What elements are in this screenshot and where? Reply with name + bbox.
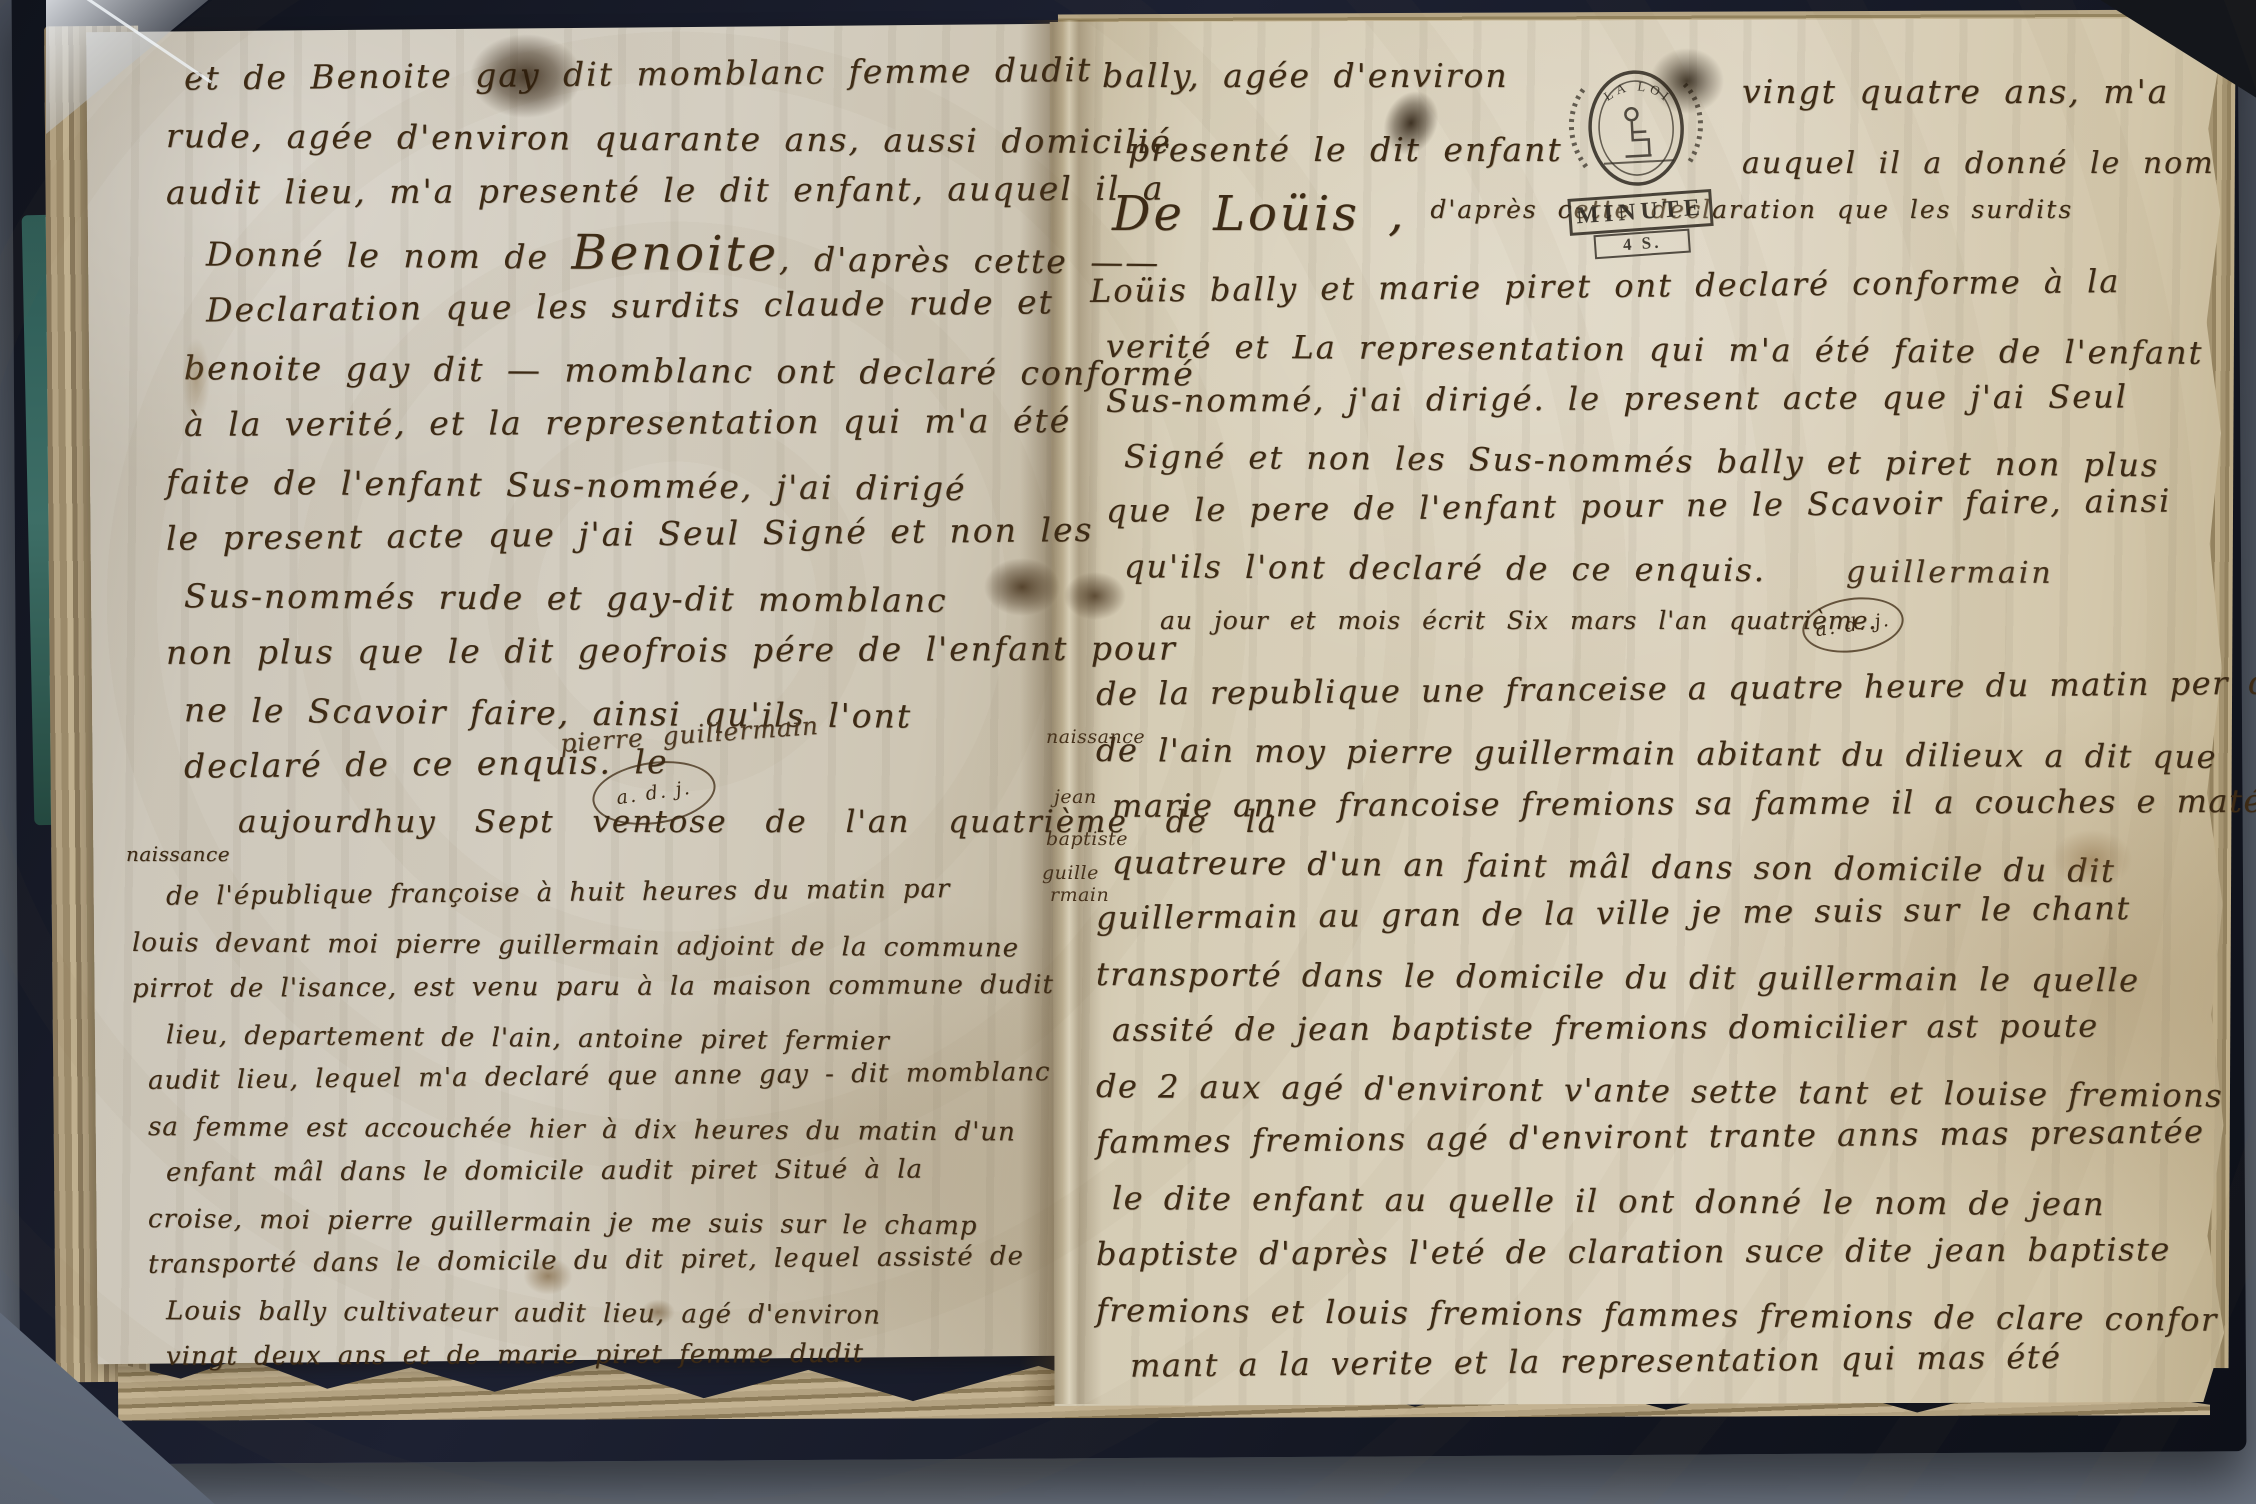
left-page-lower-text: de l'épublique françoise à huit heures d… [132, 874, 1054, 1380]
manuscript-line: enfant mâl dans le domicile audit piret … [132, 1146, 1054, 1196]
manuscript-line: bally, agée d'environ [1102, 56, 1509, 95]
manuscript-line: à la verité, et la representation qui m'… [150, 391, 1195, 453]
right-page-main-text: Loüis bally et marie piret ont declaré c… [1090, 264, 2203, 595]
manuscript-line: et de Benoite gay dit momblanc femme dud… [150, 40, 1195, 107]
left-margin-note: naissance [126, 842, 230, 866]
minute-fiscal-stamp: LA LOI MINUTE 4 S. [1551, 60, 1725, 268]
manuscript-line: de la republique une franceise a quatre … [1096, 654, 2256, 722]
manuscript-line: audit lieu, m'a presenté le dit enfant, … [150, 159, 1195, 221]
manuscript-line: Sus-nommé, j'ai dirigé. le present acte … [1090, 369, 2204, 429]
right-margin-note: jean [1054, 786, 1097, 808]
manuscript-line: assité de jean baptiste fremions domicil… [1096, 997, 2256, 1058]
manuscript-line: qu'ils l'ont declaré de ce enquis.guille… [1090, 539, 2204, 602]
manuscript-line: mant a la verite et la representation qu… [1096, 1326, 2256, 1394]
line-fragment: d'après cette declaration que les surdit… [1406, 195, 2073, 224]
laurel-branch-icon [1684, 83, 1703, 162]
stamp-emblem: LA LOI [1551, 60, 1722, 202]
manuscript-line: baptiste d'après l'eté de claration suce… [1096, 1221, 2256, 1282]
manuscript-line: le present acte que j'ai Seul Signé et n… [150, 500, 1195, 567]
manuscript-line: que le pere de l'enfant pour ne le Scavo… [1090, 473, 2204, 539]
line-fragment: qu'ils l'ont declaré de ce enquis. [1124, 547, 1766, 589]
manuscript-line: auquel il a donné le nom [1742, 146, 2215, 181]
manuscript-line: vingt deux ans et de marie piret femme d… [132, 1330, 1054, 1380]
manuscript-line: presenté le dit enfant [1128, 130, 1563, 169]
line-fragment: Donné le nom de [206, 234, 572, 276]
right-page-lower-text: de la republique une franceise a quatre … [1096, 666, 2256, 1394]
manuscript-line: guillermain au gran de la ville je me su… [1096, 878, 2256, 946]
manuscript-line: fammes fremions agé d'environt trante an… [1096, 1102, 2256, 1170]
laurel-branch-icon [1569, 89, 1588, 168]
manuscript-line: pirrot de l'isance, est venu paru à la m… [132, 962, 1054, 1012]
right-margin-note: guille [1042, 862, 1099, 884]
manuscript-line: audit lieu, lequel m'a declaré que anne … [132, 1049, 1054, 1104]
manuscript-line: marie anne francoise fremions sa famme i… [1096, 773, 2256, 834]
manuscript-line: Declaration que les surdits claude rude … [150, 272, 1195, 339]
seated-figure-icon [1623, 107, 1651, 156]
register-photo: et de Benoite gay dit momblanc femme dud… [0, 0, 2256, 1504]
child-name: Benoite [571, 225, 779, 283]
signature-guillermain-right: guillermain [1766, 554, 2054, 591]
left-page-main-text: et de Benoite gay dit momblanc femme dud… [150, 50, 1195, 795]
manuscript-line: transporté dans le domicile du dit piret… [132, 1233, 1054, 1288]
child-name: De Loüis , [1112, 186, 1406, 242]
manuscript-line: non plus que le dit geofrois pére de l'e… [150, 619, 1195, 681]
right-date-line: au jour et mois écrit Six mars l'an quat… [1160, 606, 1877, 635]
manuscript-line: de l'épublique françoise à huit heures d… [132, 865, 1054, 920]
manuscript-line: vingt quatre ans, m'a [1742, 72, 2169, 111]
